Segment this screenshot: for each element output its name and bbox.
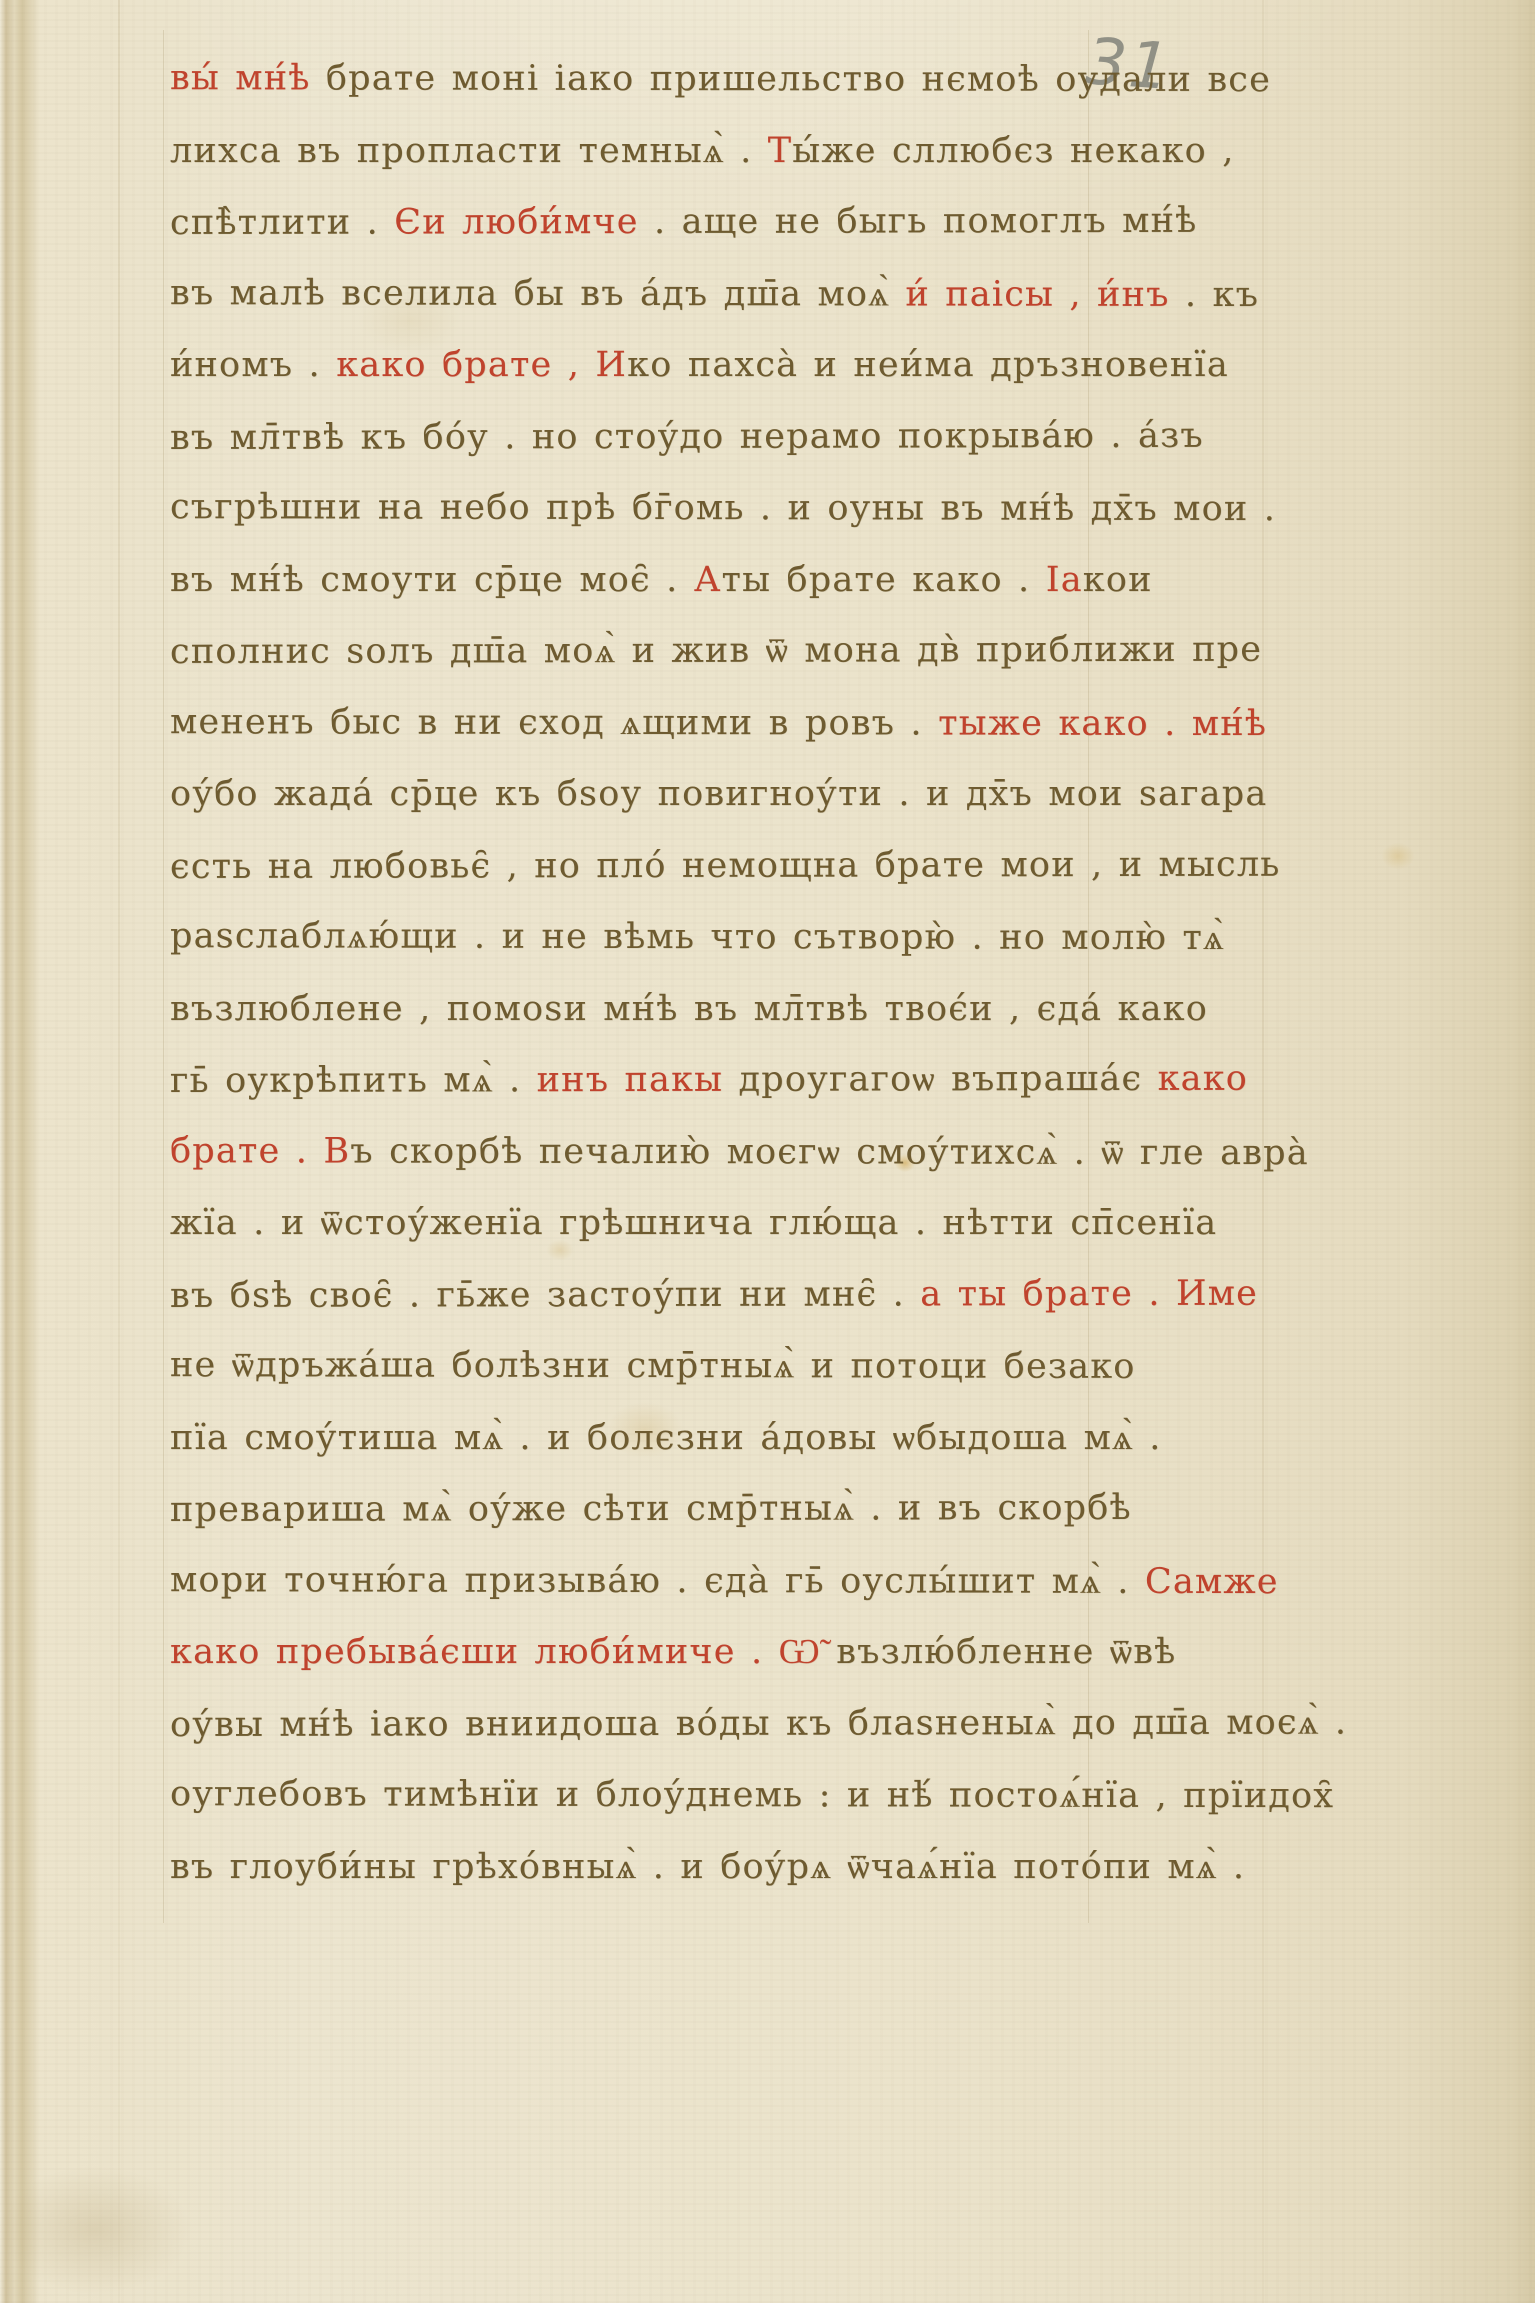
ink-text-segment: гь̄ оукрѣпить мѧ̀ . xyxy=(170,1060,537,1101)
ink-text-segment: въ мл̄твѣ къ бо́у . но стоу́до нерамо по… xyxy=(170,415,1204,457)
manuscript-text-line: како пребыва́єши люби́миче . Ѡ̃ възлю́бл… xyxy=(170,1617,1105,1689)
manuscript-text-line: въ глоуби́ны грѣхо́вныѧ̀ . и боу́рѧ ѿчаѧ… xyxy=(170,1832,1105,1904)
ink-text-segment: спѣ̀тлити . xyxy=(170,203,394,243)
ink-text-segment: превариша мѧ̀ оу́же сѣти смр̄тныѧ̀ . и в… xyxy=(170,1488,1132,1530)
ink-text-segment: ко пахса̀ и неи́ма дръзновенїа xyxy=(627,345,1229,385)
rubric-text-segment: како пребыва́єши люби́миче . Ѡ̃ xyxy=(170,1632,836,1672)
ink-text-segment: раѕслаблѧю́щи . и не вѣмь что сътворю̀ .… xyxy=(170,916,1225,958)
manuscript-text-line: лихса въ пропласти темныѧ̀ . Ты́же сллюб… xyxy=(170,116,1105,188)
manuscript-text-line: въ малѣ вселила бы въ а́дъ дш̄а моѧ̀ и́ … xyxy=(170,258,1105,331)
manuscript-text-line: брате . Въ скорбѣ печалию̀ моєгѡ смоу́ти… xyxy=(170,1116,1105,1189)
ink-text-segment: сполнис ѕолъ дш̄а моѧ̀ и жив ѿ мона дв̀ … xyxy=(170,630,1262,672)
rubric-text-segment: Іа xyxy=(1046,560,1083,600)
manuscript-text-line: и́номъ . како брате , Ико пахса̀ и неи́м… xyxy=(170,330,1105,402)
rubric-text-segment: а ты брате . Име xyxy=(920,1273,1258,1314)
ink-text-segment: . аще не быгь помоглъ мн́ѣ xyxy=(654,201,1198,242)
ink-text-segment: мененъ быс в ни єход ѧщими в ровъ . xyxy=(170,702,938,743)
ink-text-segment: ъ скорбѣ печалию̀ моєгѡ смоу́тихсѧ̀ . ѿ … xyxy=(350,1131,1309,1173)
rubric-text-segment: како брате , И xyxy=(336,345,627,385)
manuscript-text-line: мори точню́га призыва́ю . єда̀ гь̄ оуслы… xyxy=(170,1545,1105,1618)
ink-text-segment: въ бѕѣ своє̑ . гь̄же застоу́пи ни мнє̑ . xyxy=(170,1274,920,1316)
ink-text-segment: жїа . и ѿстоу́женїа грѣшнича глю́ща . нѣ… xyxy=(170,1203,1217,1243)
rubric-text-segment: и́ паісы , и́нъ xyxy=(905,274,1185,314)
manuscript-text-line: раѕслаблѧю́щи . и не вѣмь что сътворю̀ .… xyxy=(170,901,1105,974)
manuscript-text-line: пїа смоу́тиша мѧ̀ . и болєзни а́довы ѡбы… xyxy=(170,1403,1105,1475)
ink-text-segment: . къ xyxy=(1185,274,1259,314)
ink-text-segment: брате моні іако пришельство нємоѣ оудали… xyxy=(326,58,1271,100)
manuscript-text-line: оу́бо жада́ ср̄це къ бѕоу повигноу́ти . … xyxy=(170,759,1105,831)
ink-text-segment: мори точню́га призыва́ю . єда̀ гь̄ оуслы… xyxy=(170,1560,1145,1602)
manuscript-text-line: въ мн́ѣ смоути ср̄це моє̑ . Аты брате ка… xyxy=(170,545,1105,617)
ink-text-segment: лихса въ пропласти темныѧ̀ . xyxy=(170,131,768,171)
manuscript-page: 31 вы́ мн́ѣ брате моні іако пришельство … xyxy=(0,0,1535,2303)
ink-text-segment: дроугагоѡ въпраша́є xyxy=(738,1059,1157,1100)
manuscript-text-line: вы́ мн́ѣ брате моні іако пришельство нєм… xyxy=(170,43,1105,116)
ink-text-segment: въ мн́ѣ смоути ср̄це моє̑ . xyxy=(170,560,694,600)
ink-text-segment: оу́бо жада́ ср̄це къ бѕоу повигноу́ти . … xyxy=(170,774,1267,814)
ink-text-segment: възлюблене , помоѕи мн́ѣ въ мл̄твѣ твоє́… xyxy=(170,989,1208,1029)
ink-text-segment: въ малѣ вселила бы въ а́дъ дш̄а моѧ̀ xyxy=(170,273,905,314)
ink-text-segment: пїа смоу́тиша мѧ̀ . и болєзни а́довы ѡбы… xyxy=(170,1418,1162,1458)
rubric-text-segment: вы́ мн́ѣ xyxy=(170,58,326,98)
rubric-text-segment: како xyxy=(1158,1059,1249,1099)
ink-text-segment: ты брате како . xyxy=(722,560,1046,600)
ink-text-segment: оуглебовъ тимѣнїи и блоу́днемь : и нѣ́ п… xyxy=(170,1774,1334,1816)
rubric-text-segment: инъ пакы xyxy=(537,1060,739,1100)
ink-text-segment: възлю́бленне ѿвѣ xyxy=(836,1632,1176,1672)
rubric-text-segment: Самже xyxy=(1145,1561,1279,1601)
ink-text-segment: єсть на любовьє̑ , но пло́ немощна брате… xyxy=(170,844,1281,886)
manuscript-text-line: мененъ быс в ни єход ѧщими в ровъ . тыже… xyxy=(170,687,1105,760)
ink-text-segment: и́номъ . xyxy=(170,345,336,385)
rubric-text-segment: тыже како . мн́ѣ xyxy=(938,703,1267,744)
manuscript-text-line: превариша мѧ̀ оу́же сѣти смр̄тныѧ̀ . и в… xyxy=(170,1473,1105,1546)
ink-text-segment: ы́же сллюбєз некако , xyxy=(792,131,1234,171)
rubric-text-segment: брате . В xyxy=(170,1131,350,1171)
manuscript-text-line: сполнис ѕолъ дш̄а моѧ̀ и жив ѿ мона дв̀ … xyxy=(170,615,1105,688)
manuscript-text-line: съгрѣшни на небо прѣ бг̄омь . и оуны въ … xyxy=(170,472,1105,545)
ink-text-segment: кои xyxy=(1083,560,1153,600)
ink-text-segment: съгрѣшни на небо прѣ бг̄омь . и оуны въ … xyxy=(170,487,1276,529)
manuscript-text-line: въ мл̄твѣ къ бо́у . но стоу́до нерамо по… xyxy=(170,401,1105,474)
manuscript-text-line: не ѿдръжа́ша болѣзни смр̄тныѧ̀ и потоци … xyxy=(170,1330,1105,1403)
margin-ruling-left xyxy=(163,30,164,1923)
ink-text-segment: въ глоуби́ны грѣхо́вныѧ̀ . и боу́рѧ ѿчаѧ… xyxy=(170,1847,1245,1887)
rubric-text-segment: Т xyxy=(768,131,793,171)
manuscript-text-line: спѣ̀тлити . Єи люби́мче . аще не быгь по… xyxy=(170,186,1105,259)
manuscript-text-line: жїа . и ѿстоу́женїа грѣшнича глю́ща . нѣ… xyxy=(170,1188,1105,1260)
manuscript-text-line: оуглебовъ тимѣнїи и блоу́днемь : и нѣ́ п… xyxy=(170,1759,1105,1832)
manuscript-text-line: єсть на любовьє̑ , но пло́ немощна брате… xyxy=(170,830,1105,903)
ink-text-segment: не ѿдръжа́ша болѣзни смр̄тныѧ̀ и потоци … xyxy=(170,1345,1136,1387)
manuscript-text-line: въ бѕѣ своє̑ . гь̄же застоу́пи ни мнє̑ .… xyxy=(170,1259,1105,1332)
text-block: вы́ мн́ѣ брате моні іако пришельство нєм… xyxy=(170,44,1105,1903)
manuscript-text-line: възлюблене , помоѕи мн́ѣ въ мл̄твѣ твоє́… xyxy=(170,974,1105,1046)
rubric-text-segment: А xyxy=(694,560,722,600)
ink-text-segment: оу́вы мн́ѣ іако вниидоша во́ды къ блаѕне… xyxy=(170,1702,1347,1744)
manuscript-text-line: гь̄ оукрѣпить мѧ̀ . инъ пакы дроугагоѡ в… xyxy=(170,1044,1105,1117)
manuscript-text-line: оу́вы мн́ѣ іако вниидоша во́ды къ блаѕне… xyxy=(170,1688,1105,1761)
rubric-text-segment: Єи люби́мче xyxy=(394,202,654,243)
parchment-crease-left xyxy=(118,0,120,2303)
